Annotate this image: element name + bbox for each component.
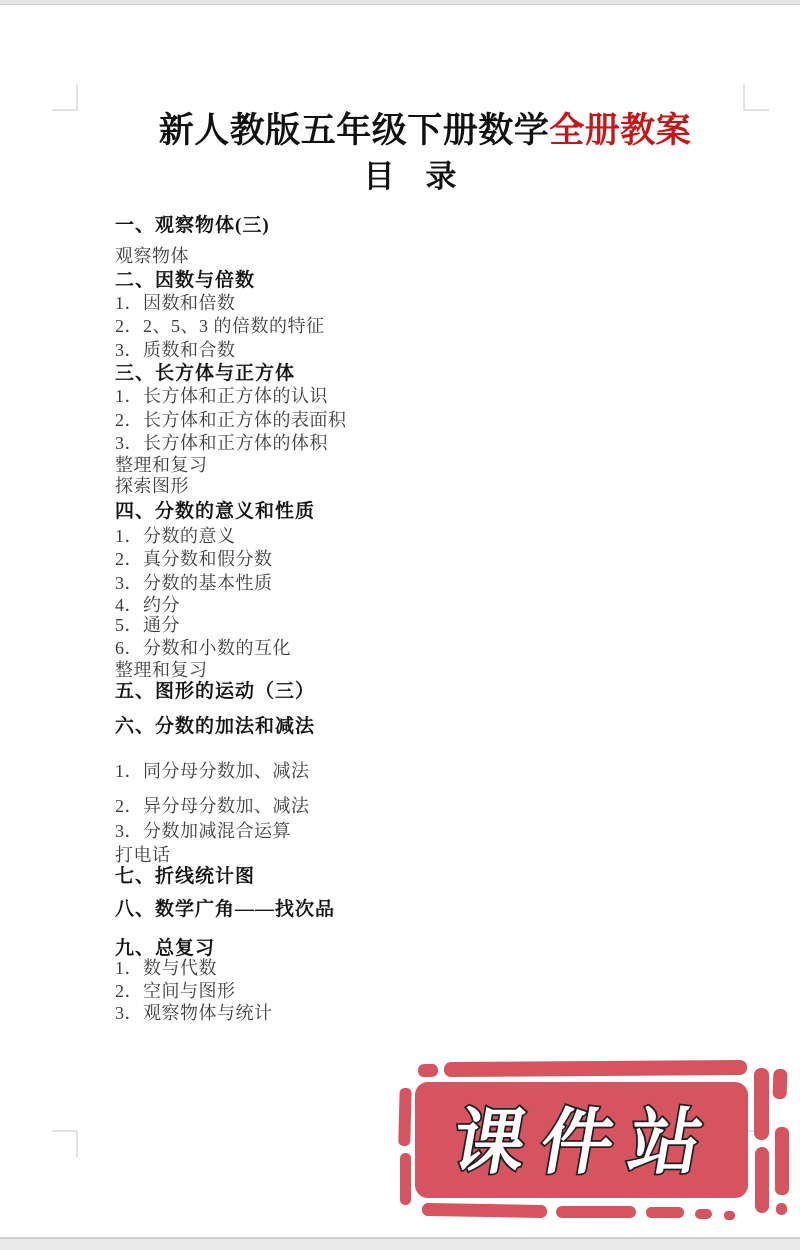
title-text-red: 全册教案 xyxy=(549,111,691,150)
toc-item: 3．分数的基本性质 xyxy=(115,573,273,594)
toc-item: 打电话 xyxy=(115,845,171,866)
toc-chapter-heading: 二、因数与倍数 xyxy=(115,270,255,292)
toc-item: 6．分数和小数的互化 xyxy=(115,638,291,659)
toc-item: 3．分数加减混合运算 xyxy=(115,821,291,842)
toc-item: 探索图形 xyxy=(115,476,189,497)
text-boundary-mark-bottom-left xyxy=(52,1130,78,1157)
toc-item: 1．数与代数 xyxy=(115,958,217,979)
toc-chapter-heading: 六、分数的加法和减法 xyxy=(115,716,315,738)
toc-item: 2．异分母分数加、减法 xyxy=(115,796,310,817)
toc-item: 4．约分 xyxy=(115,595,180,616)
page-separator-top xyxy=(0,0,800,5)
toc-chapter-heading: 五、图形的运动（三） xyxy=(115,681,315,703)
toc-item: 2．真分数和假分数 xyxy=(115,549,273,570)
toc-chapter-heading: 七、折线统计图 xyxy=(115,866,255,888)
toc-item: 1．同分母分数加、减法 xyxy=(115,761,310,782)
toc-chapter-heading: 四、分数的意义和性质 xyxy=(115,501,315,523)
page-separator-bottom xyxy=(0,1237,800,1250)
toc-chapter-heading: 三、长方体与正方体 xyxy=(115,363,295,385)
toc-item: 2．2、5、3 的倍数的特征 xyxy=(115,316,325,337)
document-title: 新人教版五年级下册数学全册教案 xyxy=(25,110,800,152)
toc-item: 3．观察物体与统计 xyxy=(115,1003,273,1024)
toc-item: 3．质数和合数 xyxy=(115,340,236,361)
toc-item: 3．长方体和正方体的体积 xyxy=(115,433,328,454)
title-text-black: 新人教版五年级下册数学 xyxy=(159,111,550,150)
text-boundary-mark-top-right xyxy=(743,84,769,111)
toc-heading: 目 录 xyxy=(10,158,800,195)
toc-item: 1．因数和倍数 xyxy=(115,293,236,314)
toc-item: 整理和复习 xyxy=(115,660,208,681)
toc-chapter-heading: 一、观察物体(三) xyxy=(115,215,270,237)
stamp-text-group: 课件站 xyxy=(446,1102,724,1182)
toc-chapter-heading: 九、总复习 xyxy=(115,938,215,960)
toc-chapter-heading: 八、数学广角——找次品 xyxy=(115,899,335,921)
toc-item: 1．分数的意义 xyxy=(115,526,236,547)
toc-item: 2．空间与图形 xyxy=(115,981,236,1002)
toc-item: 1．长方体和正方体的认识 xyxy=(115,386,328,407)
stamp-text: 课件站 xyxy=(446,1102,724,1182)
toc-item: 观察物体 xyxy=(115,246,189,267)
kejianzhan-watermark-stamp: 课件站 xyxy=(398,1055,798,1230)
text-boundary-mark-top-left xyxy=(52,84,78,111)
toc-item: 5．通分 xyxy=(115,615,180,636)
toc-item: 2．长方体和正方体的表面积 xyxy=(115,410,347,431)
toc-item: 整理和复习 xyxy=(115,455,208,476)
